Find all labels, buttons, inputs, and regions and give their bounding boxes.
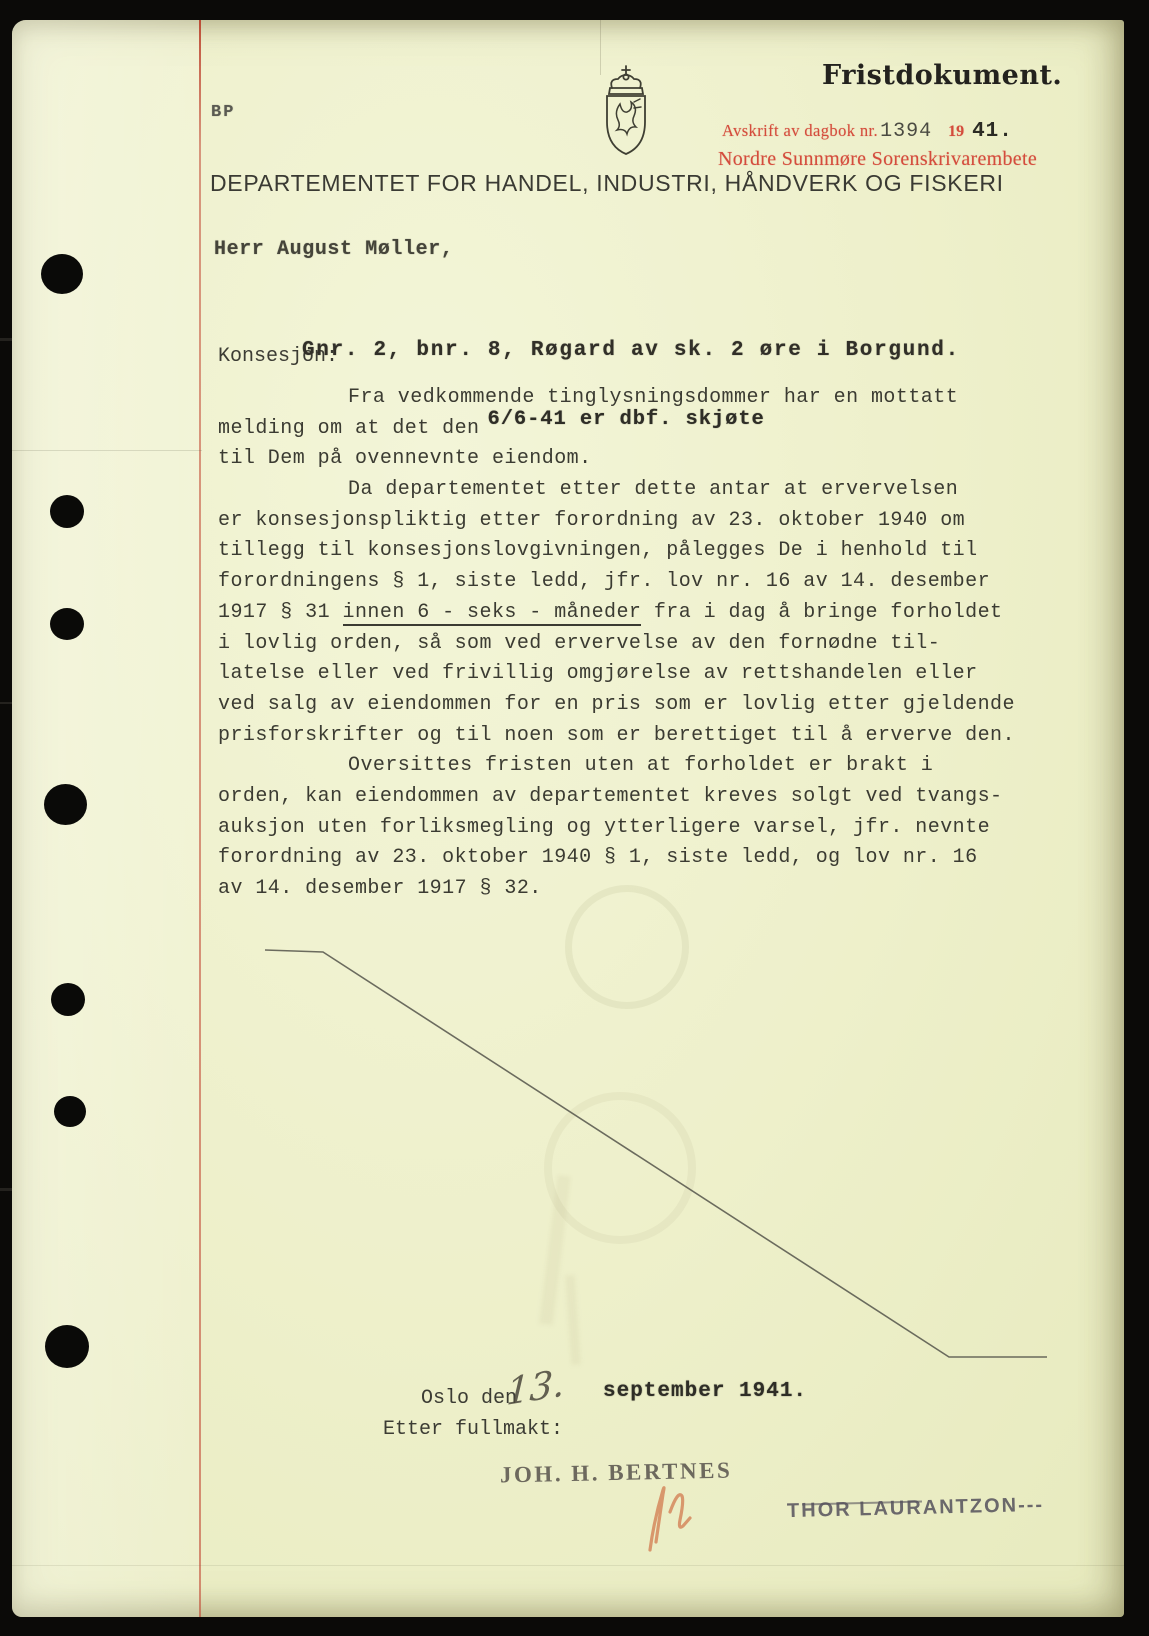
date-day-handwritten: 13. [505, 1361, 565, 1414]
paper-sheet: BP Fristdokument. Avskrift av dagbok nr.… [12, 20, 1124, 1617]
recipient-line: Herr August Møller, [214, 238, 453, 261]
body-text-segment: i lovlig orden, så som ved ervervelse av… [218, 632, 940, 655]
punch-hole [51, 983, 85, 1016]
body-text-segment: av 14. desember 1917 § 32. [218, 877, 542, 900]
body-text-segment: forordning av 23. oktober 1940 § 1, sist… [218, 846, 978, 869]
date-place: Oslo den [421, 1387, 517, 1410]
authority-line: Etter fullmakt: [383, 1418, 563, 1441]
body-line: tillegg til konsesjonslovgivningen, påle… [218, 536, 1078, 567]
bp-initials: BP [211, 103, 235, 122]
body-line: forordning av 23. oktober 1940 § 1, sist… [218, 843, 1078, 874]
body-text-segment: 1917 § 31 [218, 601, 343, 624]
body-text-segment: er konsesjonspliktig etter forordning av… [218, 509, 965, 532]
body-text-segment: orden, kan eiendommen av departementet k… [218, 785, 1002, 808]
subject-value: Gnr. 2, bnr. 8, Røgard av sk. 2 øre i Bo… [302, 339, 960, 362]
scan-artifact [0, 338, 12, 341]
punch-hole [54, 1096, 86, 1127]
scanned-document-page: { "page": { "background_color": "#0b0a08… [0, 0, 1149, 1636]
red-margin-line [199, 20, 201, 1617]
year-typed: 41. [972, 120, 1013, 143]
left-margin-column [12, 20, 199, 1617]
body-line: er konsesjonspliktig etter forordning av… [218, 506, 1078, 537]
doc-type-label: Fristdokument. [822, 60, 1062, 91]
body-text-segment: Da departementet etter dette antar at er… [348, 478, 958, 501]
sender-header: DEPARTEMENTET FOR HANDEL, INDUSTRI, HÅND… [210, 170, 1004, 197]
body-text-segment: auksjon uten forliksmegling og ytterlige… [218, 816, 990, 839]
year-prefix-stamp: 19 [948, 123, 964, 141]
body-text-segment: melding om at det den [218, 417, 480, 440]
punch-hole [44, 784, 87, 825]
punch-hole [41, 254, 83, 294]
date-rest: september 1941. [603, 1380, 807, 1403]
body-line: i lovlig orden, så som ved ervervelse av… [218, 629, 1078, 660]
body-line: auksjon uten forliksmegling og ytterlige… [218, 813, 1078, 844]
punch-hole [50, 608, 84, 640]
archive-stamp-office: Nordre Sunnmøre Sorenskrivarembete [718, 148, 1037, 171]
body-line: orden, kan eiendommen av departementet k… [218, 782, 1078, 813]
body-text-segment: innen 6 - seks - måneder [343, 601, 642, 626]
body-line: 1917 § 31 innen 6 - seks - måneder fra i… [218, 598, 1078, 629]
body-text-segment: fra i dag å bringe forholdet [641, 601, 1002, 624]
body-text-segment: Fra vedkommende tinglysningsdommer har e… [348, 386, 958, 409]
body-line: til Dem på ovennevnte eiendom. [218, 444, 1078, 475]
handwritten-initials [636, 1468, 706, 1558]
fold-crease [12, 450, 202, 451]
body-text-segment: latelse eller ved frivillig omgjørelse a… [218, 662, 978, 685]
fold-crease [12, 1565, 1124, 1566]
coat-of-arms-icon [590, 64, 662, 174]
letter-body: Fra vedkommende tinglysningsdommer har e… [218, 383, 1078, 905]
body-line: Da departementet etter dette antar at er… [218, 475, 1078, 506]
body-text-segment: ved salg av eiendommen for en pris som e… [218, 693, 1015, 716]
body-line: latelse eller ved frivillig omgjørelse a… [218, 659, 1078, 690]
ghost-stamp-mark [565, 1275, 581, 1365]
body-line: forordningens § 1, siste ledd, jfr. lov … [218, 567, 1078, 598]
body-line: Oversittes fristen uten at forholdet er … [218, 751, 1078, 782]
stamp-label: Avskrift av dagbok nr. [722, 121, 878, 141]
scan-artifact [0, 1188, 12, 1191]
ghost-stamp-mark [544, 1092, 696, 1244]
body-text-segment: Oversittes fristen uten at forholdet er … [348, 754, 933, 777]
body-text-segment: 6/6-41 er dbf. skjøte [488, 408, 765, 431]
archive-stamp-line1: Avskrift av dagbok nr. 1394 19 41. [722, 120, 1013, 143]
body-text-segment: prisforskrifter og til noen som er beret… [218, 724, 1015, 747]
signature-stamp-laurantzon: THOR LAURANTZON--- [787, 1494, 1045, 1523]
body-line: prisforskrifter og til noen som er beret… [218, 721, 1078, 752]
body-text-segment: til Dem på ovennevnte eiendom. [218, 447, 592, 470]
body-line: ved salg av eiendommen for en pris som e… [218, 690, 1078, 721]
body-line: melding om at det den6/6-41 er dbf. skjø… [218, 414, 1078, 445]
body-text-segment: tillegg til konsesjonslovgivningen, påle… [218, 539, 978, 562]
body-text-segment: forordningens § 1, siste ledd, jfr. lov … [218, 570, 990, 593]
journal-number: 1394 [880, 120, 932, 143]
scan-artifact [0, 702, 12, 704]
body-line: av 14. desember 1917 § 32. [218, 874, 1078, 905]
punch-hole [50, 495, 84, 528]
punch-hole [45, 1325, 89, 1368]
